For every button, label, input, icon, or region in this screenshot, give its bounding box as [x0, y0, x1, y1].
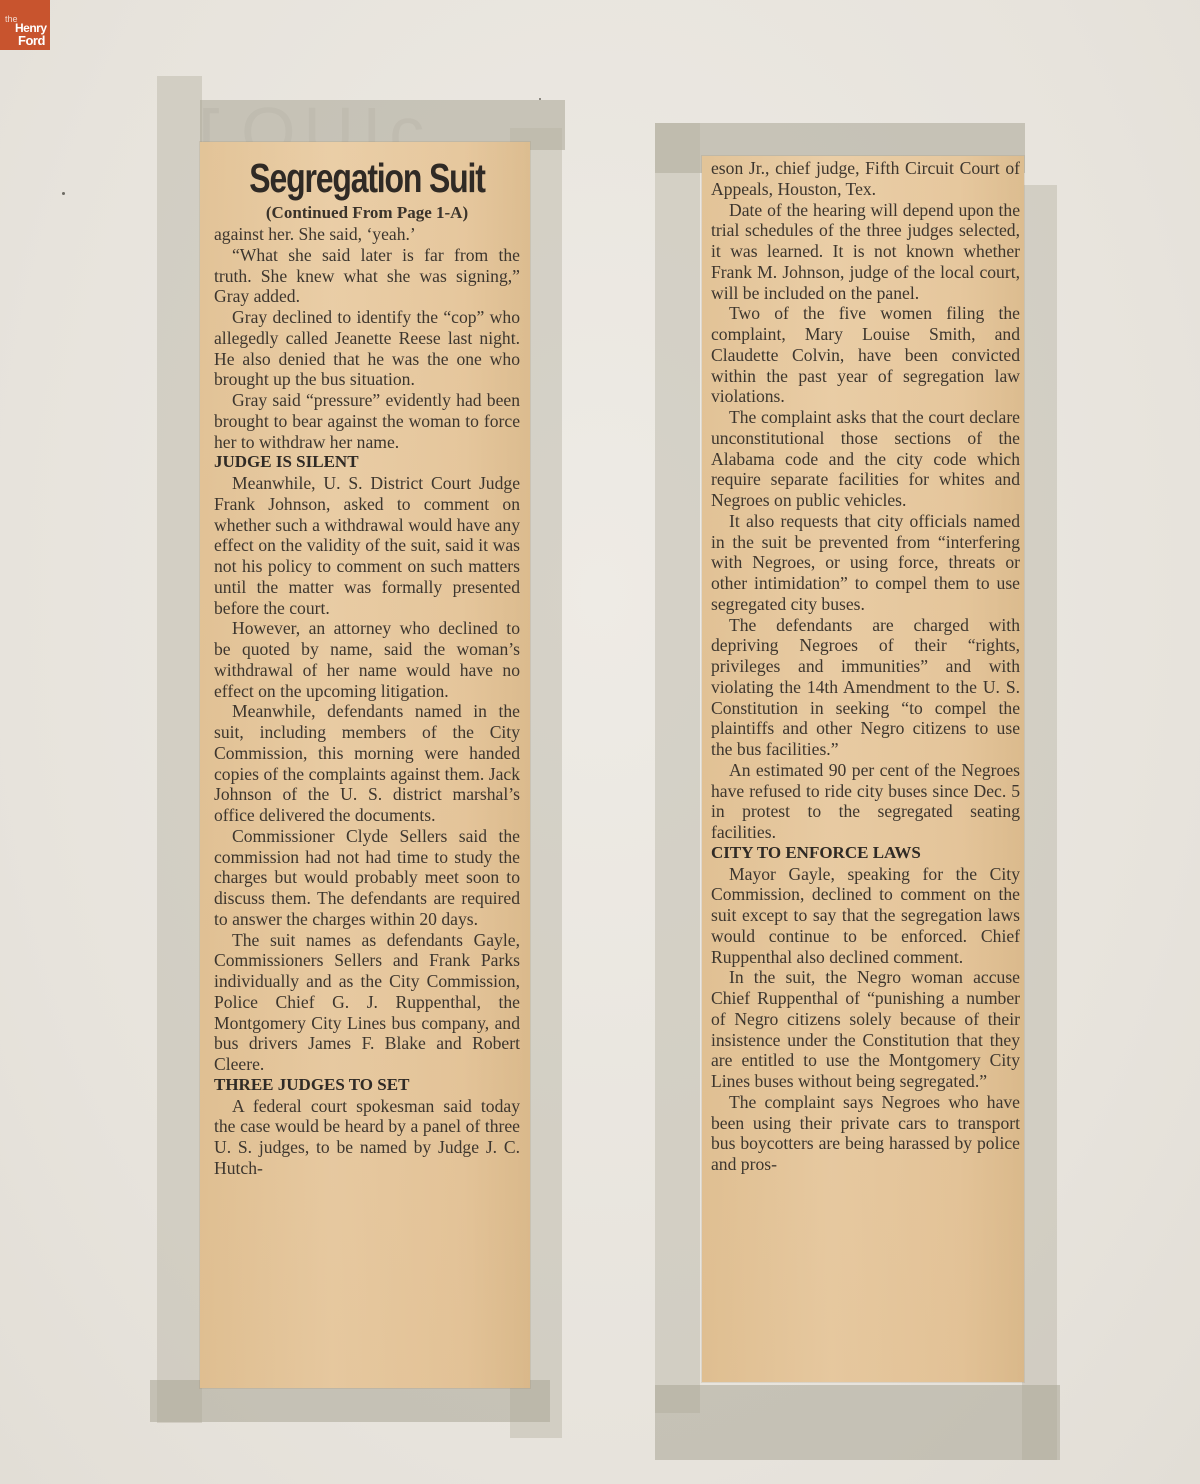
right-clipping: eson Jr., chief judge, Fifth Circuit Cou… [702, 156, 1024, 1382]
right-article-body: eson Jr., chief judge, Fifth Circuit Cou… [711, 158, 1020, 1175]
logo-ford: Ford [18, 33, 45, 48]
tape-left-back [157, 76, 202, 1423]
paragraph: However, an attorney who declined to be … [214, 618, 520, 701]
paragraph: eson Jr., chief judge, Fifth Circuit Cou… [711, 158, 1020, 200]
paragraph: against her. She said, ‘yeah.’ [214, 224, 520, 245]
paragraph: The suit names as defendants Gayle, Comm… [214, 930, 520, 1075]
paragraph: Date of the hearing will depend upon the… [711, 200, 1020, 304]
tape-right-left [655, 123, 700, 1413]
paragraph: Two of the five women filing the complai… [711, 303, 1020, 407]
henry-ford-logo: the Henry Ford [0, 0, 50, 50]
continued-from: (Continued From Page 1-A) [214, 202, 520, 224]
paragraph: Mayor Gayle, speaking for the City Commi… [711, 864, 1020, 968]
section-heading: JUDGE IS SILENT [214, 452, 520, 473]
headline: Segregation Suit [248, 154, 487, 202]
paragraph: Commissioner Clyde Sellers said the comm… [214, 826, 520, 930]
paragraph: An estimated 90 per cent of the Negroes … [711, 760, 1020, 843]
tape-right-bottom [655, 1385, 1060, 1460]
paragraph: Meanwhile, U. S. District Court Judge Fr… [214, 473, 520, 618]
tape-right-right [1022, 185, 1057, 1460]
paragraph: Gray declined to identify the “cop” who … [214, 307, 520, 390]
paragraph: The defendants are charged with deprivin… [711, 615, 1020, 760]
paragraph: Meanwhile, defendants named in the suit,… [214, 701, 520, 826]
section-heading: CITY TO ENFORCE LAWS [711, 843, 1020, 864]
paragraph: In the suit, the Negro woman accuse Chie… [711, 967, 1020, 1092]
right-article-column: eson Jr., chief judge, Fifth Circuit Cou… [711, 158, 1020, 1175]
paragraph: The complaint asks that the court declar… [711, 407, 1020, 511]
left-article-body: against her. She said, ‘yeah.’“What she … [214, 224, 520, 1179]
paragraph: Gray said “pressure” evidently had been … [214, 390, 520, 452]
paragraph: It also requests that city officials nam… [711, 511, 1020, 615]
left-article-column: Segregation Suit (Continued From Page 1-… [214, 154, 520, 1179]
paragraph: The complaint says Negroes who have been… [711, 1092, 1020, 1175]
speck [62, 192, 65, 195]
left-clipping: Segregation Suit (Continued From Page 1-… [200, 142, 530, 1388]
paragraph: A federal court spokesman said today the… [214, 1096, 520, 1179]
paragraph: “What she said later is far from the tru… [214, 245, 520, 307]
section-heading: THREE JUDGES TO SET [214, 1075, 520, 1096]
